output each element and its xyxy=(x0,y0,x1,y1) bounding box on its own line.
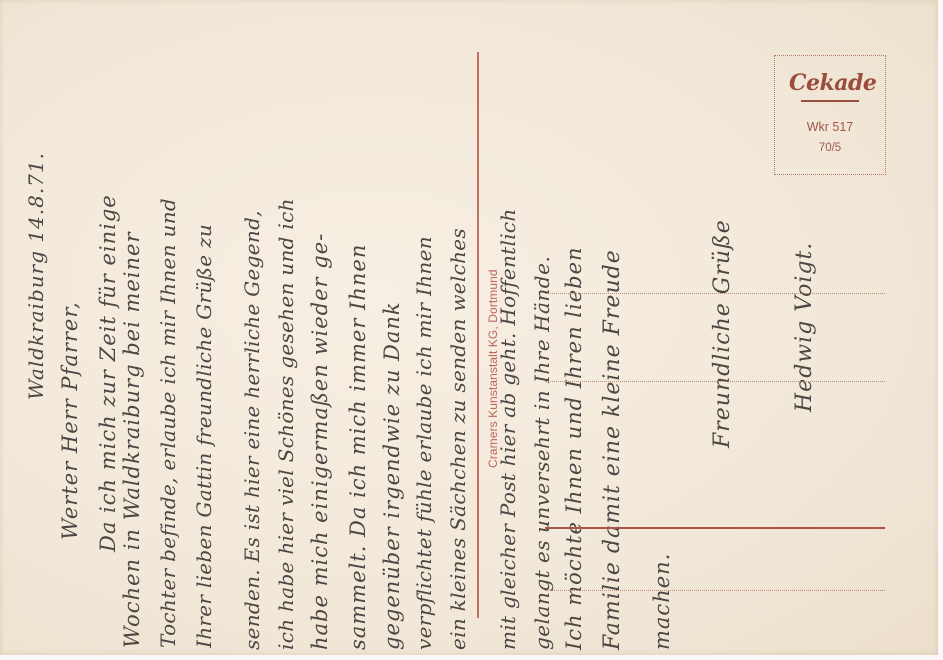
handwritten-line: Tochter befinde, erlaube ich mir Ihnen u… xyxy=(156,198,180,648)
address-line-3 xyxy=(545,590,885,591)
stamp-code-secondary: 70/5 xyxy=(775,142,885,154)
handwritten-line: verpflichtet fühle erlaube ich mir Ihnen xyxy=(412,236,436,650)
handwritten-line: ein kleines Sächchen zu senden welches xyxy=(446,228,470,650)
handwritten-line: senden. Es ist hier eine herrliche Gegen… xyxy=(240,210,264,650)
address-line-2 xyxy=(545,381,885,382)
scan-border-bottom xyxy=(0,655,943,660)
publisher-logo: Cekade xyxy=(789,70,871,96)
handwritten-line: sammelt. Da ich mich immer Ihnen xyxy=(346,244,370,650)
publisher-imprint: Cramers Kunstanstalt KG, Dortmund xyxy=(486,269,500,468)
address-line-1 xyxy=(545,293,885,294)
handwritten-line: gegenüber irgendwie zu Dank xyxy=(380,301,404,650)
handwritten-line: Ihrer lieben Gattin freundliche Grüße zu xyxy=(192,224,216,648)
address-line-city xyxy=(545,527,885,529)
stamp-box: Cekade Wkr 517 70/5 xyxy=(774,55,886,175)
center-divider-line xyxy=(477,52,479,618)
handwritten-closing: Freundliche Grüße xyxy=(710,219,735,448)
stamp-code-primary: Wkr 517 xyxy=(775,120,885,134)
logo-swash xyxy=(801,100,859,102)
handwritten-signature: Hedwig Voigt. xyxy=(792,242,817,412)
scan-border-right xyxy=(938,0,943,660)
handwritten-date-line: Waldkraiburg 14.8.71. xyxy=(24,152,48,400)
handwritten-salutation: Werter Herr Pfarrer, xyxy=(58,301,82,540)
handwritten-line: habe mich einigermaßen wieder ge- xyxy=(308,233,332,650)
handwritten-line: Da ich mich zur Zeit für einige xyxy=(96,194,120,552)
handwritten-line: ich habe hier viel Schönes gesehen und i… xyxy=(274,198,298,650)
postcard-back: Waldkraiburg 14.8.71. Werter Herr Pfarre… xyxy=(0,0,938,655)
handwritten-line: machen. xyxy=(650,553,674,650)
handwritten-line: Wochen in Waldkraiburg bei meiner xyxy=(120,231,144,648)
